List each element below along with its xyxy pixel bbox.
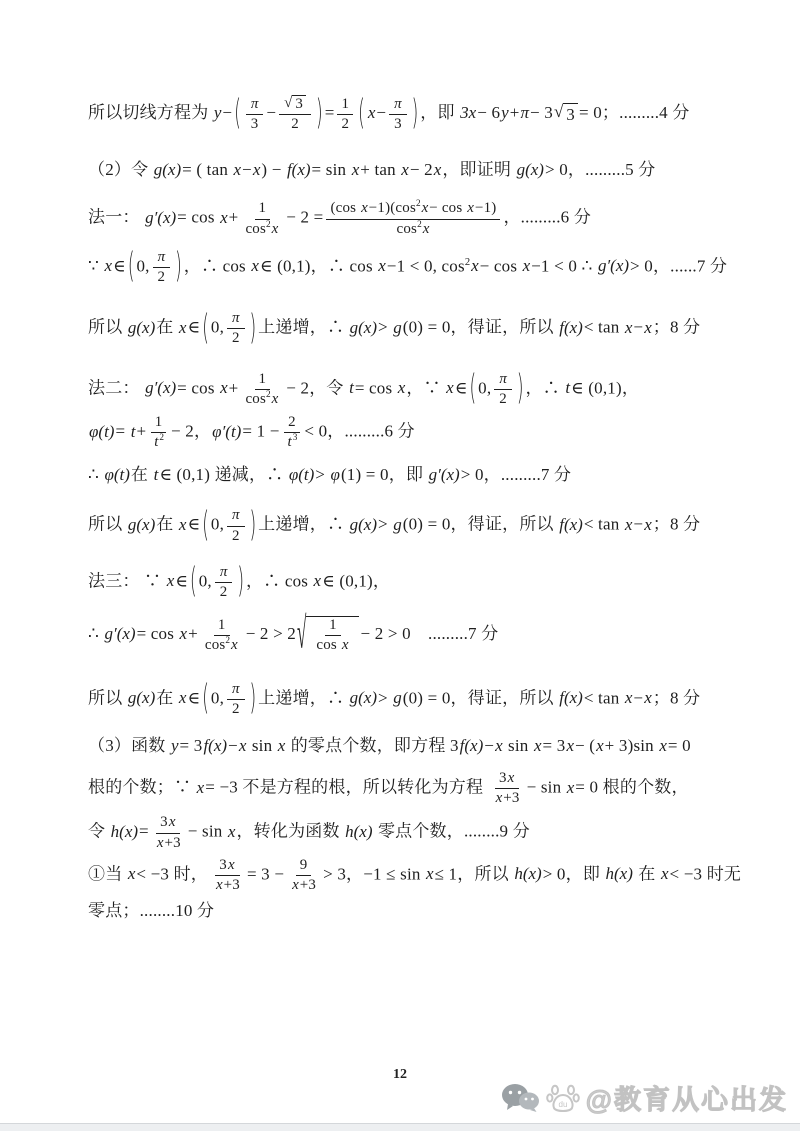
big-paren: ) [175, 245, 182, 290]
fraction: 3xx+3 [211, 857, 244, 894]
document-page: 所以切线方程为 y−(π3−√32)=12(x−π3)，即 3x− 6y+π− … [0, 0, 800, 1131]
math-line-17: 零点；........10 分 [88, 900, 770, 922]
fraction: (cos x−1)(cos2x− cos x−1)cos2x [326, 200, 500, 237]
fraction: 1cos x [312, 617, 353, 654]
fraction: 9x+3 [287, 857, 320, 894]
big-paren: ) [250, 677, 257, 722]
big-paren: ( [470, 367, 477, 412]
sqrt: √3 [284, 95, 306, 113]
fraction: π2 [227, 681, 245, 718]
big-paren: ) [316, 92, 323, 137]
math-line-16: ①当 x< −3 时，3xx+3= 3 −9x+3> 3，−1 ≤ sin x≤… [88, 857, 770, 894]
fraction: 1cos2x [241, 371, 283, 408]
big-paren: ( [190, 560, 197, 605]
fraction: π3 [389, 96, 407, 133]
big-paren: ) [412, 92, 419, 137]
math-line-8: ∴ φ(t)在 t∈ (0,1) 递减，∴ φ(t)> φ(1) = 0，即 g… [88, 464, 770, 486]
fraction: 3xx+3 [152, 814, 185, 851]
fraction: π2 [227, 507, 245, 544]
bottom-strip [0, 1123, 800, 1131]
fraction: 2t3 [283, 414, 302, 451]
fraction: π2 [153, 249, 171, 286]
math-line-2: （2）令 g(x)= ( tan x−x) − f(x)= sin x+ tan… [88, 159, 770, 181]
baidu-paw-icon: du [546, 1081, 580, 1115]
fraction: √32 [279, 95, 311, 133]
math-line-6: 法二： g′(x)= cos x+1cos2x− 2，令 t= cos x，∵ … [88, 371, 770, 408]
big-paren: ) [250, 306, 257, 351]
math-line-14: 根的个数；∵ x= −3 不是方程的根，所以转化为方程 3xx+3− sin x… [88, 770, 770, 807]
math-line-10: 法三： ∵ x∈(0,π2)，∴ cos x∈ (0,1)， [88, 564, 770, 601]
fraction: 3xx+3 [491, 770, 524, 807]
fraction: π2 [494, 371, 512, 408]
math-line-9: 所以 g(x)在 x∈(0,π2)上递增，∴ g(x)> g(0) = 0，得证… [88, 507, 770, 544]
fraction: π2 [227, 310, 245, 347]
big-paren: ) [237, 560, 244, 605]
math-line-13: （3）函数 y= 3f(x)−x sin x 的零点个数，即方程 3f(x)−x… [88, 735, 770, 757]
math-line-5: 所以 g(x)在 x∈(0,π2)上递增，∴ g(x)> g(0) = 0，得证… [88, 310, 770, 347]
math-line-12: 所以 g(x)在 x∈(0,π2)上递增，∴ g(x)> g(0) = 0，得证… [88, 681, 770, 718]
big-paren: ( [202, 677, 209, 722]
sqrt: √3 [554, 103, 578, 126]
big-paren: ( [202, 503, 209, 548]
fraction: 12 [337, 96, 353, 133]
math-line-7: φ(t)= t+1t2− 2，φ′(t)= 1 −2t3< 0，........… [88, 414, 770, 451]
math-line-11: ∴ g′(x)= cos x+1cos2x− 2 > 2√1cos x− 2 >… [88, 616, 770, 654]
sqrt: √1cos x [297, 616, 359, 654]
big-paren: ) [250, 503, 257, 548]
math-line-15: 令 h(x)=3xx+3− sin x，转化为函数 h(x) 零点个数，....… [88, 814, 770, 851]
watermark: du @教育从心出发 [500, 1078, 788, 1117]
big-paren: ( [202, 306, 209, 351]
fraction: π3 [246, 96, 264, 133]
math-line-4: ∵ x∈(0,π2)，∴ cos x∈ (0,1)，∴ cos x−1 < 0,… [88, 249, 770, 286]
fraction: π2 [215, 564, 233, 601]
math-line-3: 法一： g′(x)= cos x+1cos2x− 2 =(cos x−1)(co… [88, 200, 770, 237]
big-paren: ) [517, 367, 524, 412]
svg-text:du: du [558, 1100, 567, 1109]
big-paren: ( [128, 245, 135, 290]
watermark-text: @教育从心出发 [586, 1078, 788, 1117]
fraction: 1t2 [149, 414, 168, 451]
fraction: 1cos2x [201, 617, 243, 654]
big-paren: ( [358, 92, 365, 137]
math-line-1: 所以切线方程为 y−(π3−√32)=12(x−π3)，即 3x− 6y+π− … [88, 95, 770, 133]
big-paren: ( [234, 92, 241, 137]
fraction: 1cos2x [241, 200, 283, 237]
solution-text: 所以切线方程为 y−(π3−√32)=12(x−π3)，即 3x− 6y+π− … [88, 95, 770, 922]
wechat-icon [500, 1082, 540, 1114]
